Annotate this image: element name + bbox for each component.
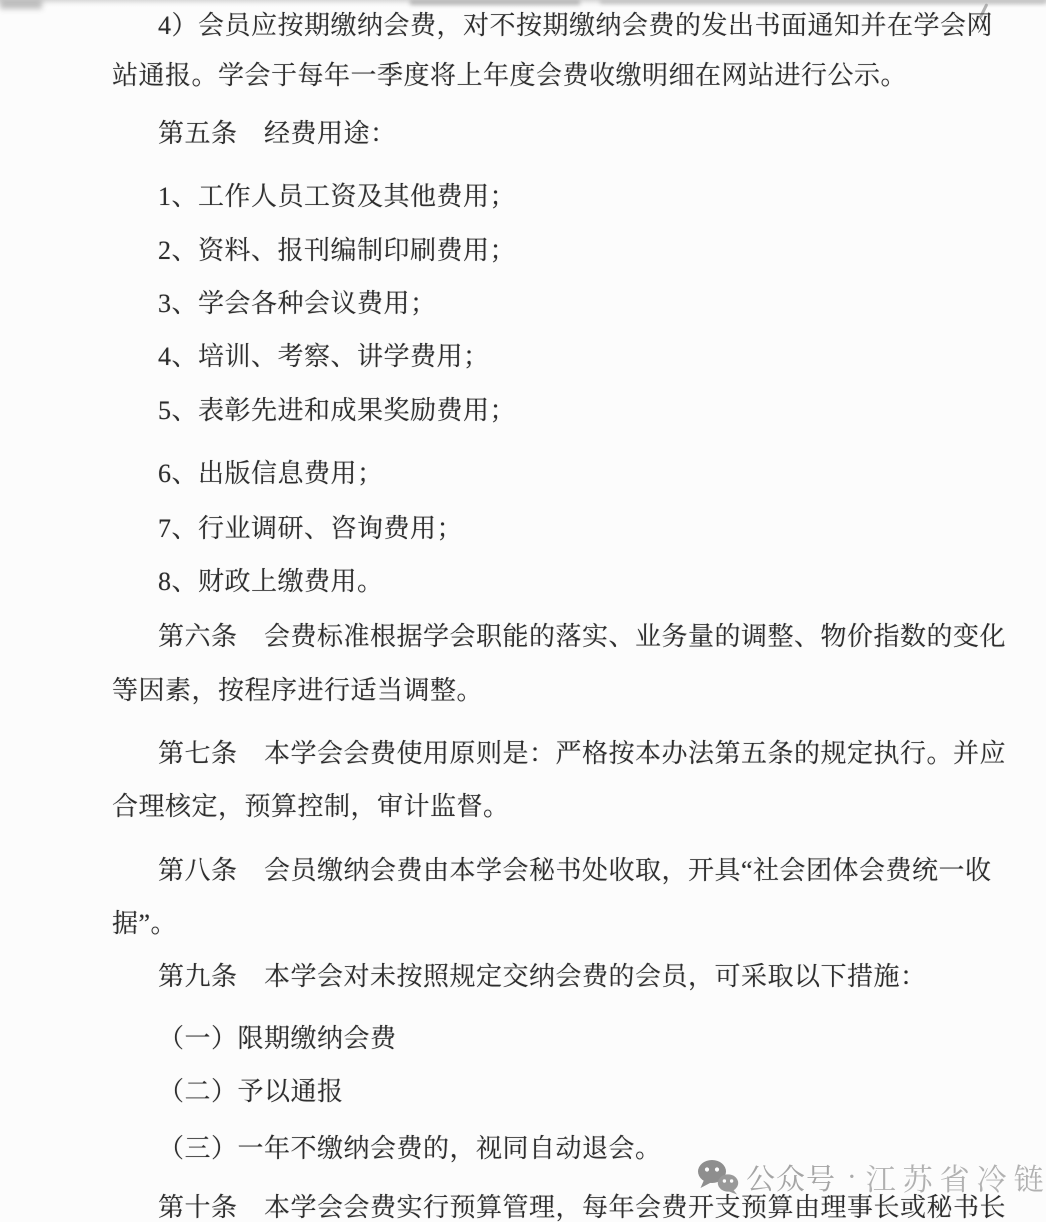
document-line: 3、学会各种会议费用； bbox=[112, 288, 437, 320]
document-line: 据”。 bbox=[112, 908, 177, 940]
document-line: 4）会员应按期缴纳会费，对不按期缴纳会费的发出书面通知并在学会网 bbox=[112, 10, 993, 42]
document-line: 4、培训、考察、讲学费用； bbox=[112, 341, 490, 373]
document-line: 5、表彰先进和成果奖励费用； bbox=[112, 395, 516, 427]
document-line: 6、出版信息费用； bbox=[112, 458, 384, 490]
document-line: 7、行业调研、咨询费用； bbox=[112, 513, 463, 545]
document-line: （二）予以通报 bbox=[112, 1076, 344, 1108]
document-line: 第九条 本学会对未按照规定交纳会费的会员，可采取以下措施： bbox=[112, 961, 927, 993]
document-line: （三）一年不缴纳会费的，视同自动退会。 bbox=[112, 1133, 662, 1165]
document-line: 第十条 本学会会费实行预算管理，每年会费开支预算由理事长或秘书长 bbox=[112, 1192, 1006, 1222]
document-line: 第五条 经费用途： bbox=[112, 118, 397, 150]
scanned-document-page: 4）会员应按期缴纳会费，对不按期缴纳会费的发出书面通知并在学会网 站通报。学会于… bbox=[0, 0, 1046, 1222]
document-line: （一）限期缴纳会费 bbox=[112, 1023, 397, 1055]
document-line: 第七条 本学会会费使用原则是：严格按本办法第五条的规定执行。并应 bbox=[112, 738, 1006, 770]
document-text: 4）会员应按期缴纳会费，对不按期缴纳会费的发出书面通知并在学会网 站通报。学会于… bbox=[0, 0, 1046, 1222]
document-line: 合理核定，预算控制，审计监督。 bbox=[112, 791, 510, 823]
document-line: 等因素，按程序进行适当调整。 bbox=[112, 675, 483, 707]
document-line: 1、工作人员工资及其他费用； bbox=[112, 181, 516, 213]
document-line: 第六条 会费标准根据学会职能的落实、业务量的调整、物价指数的变化 bbox=[112, 621, 1006, 653]
document-line: 2、资料、报刊编制印刷费用； bbox=[112, 235, 516, 267]
document-line: 第八条 会员缴纳会费由本学会秘书处收取，开具“社会团体会费统一收 bbox=[112, 855, 992, 887]
document-line: 8、财政上缴费用。 bbox=[112, 566, 384, 598]
document-line: 站通报。学会于每年一季度将上年度会费收缴明细在网站进行公示。 bbox=[112, 60, 907, 92]
